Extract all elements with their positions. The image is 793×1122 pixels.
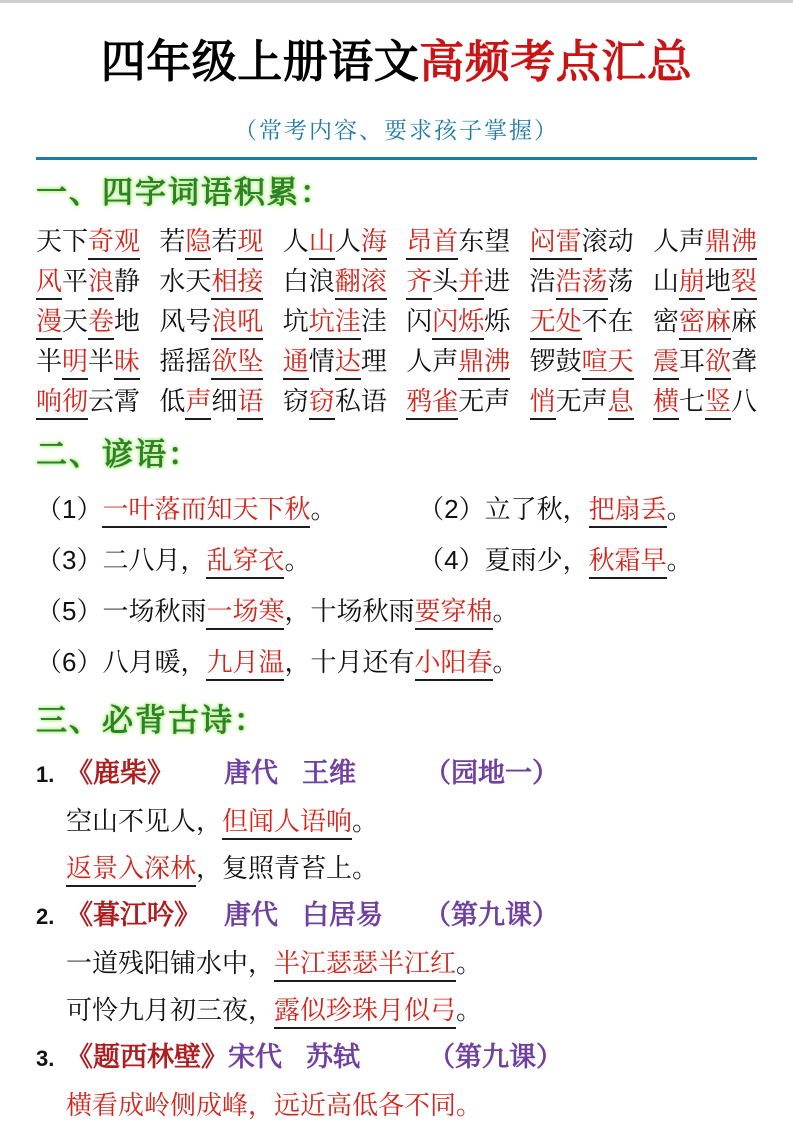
poem-title: 《鹿柴》 xyxy=(66,750,224,796)
word-item: 天下奇观 xyxy=(36,222,140,262)
word-item: 鸦雀无声 xyxy=(406,382,510,422)
poem-entry: 1.《鹿柴》唐代王维（园地一）空山不见人，但闻人语响。返景入深林，复照青苔上。 xyxy=(36,750,757,892)
poem-author: 王维 xyxy=(302,750,424,796)
plain-text: 人声 xyxy=(406,346,458,376)
plain-text: 一道残阳铺水中， xyxy=(66,948,274,978)
word-item: 若隐若现 xyxy=(159,222,263,262)
poem-line: 空山不见人，但闻人语响。 xyxy=(66,798,757,845)
answer-red-text: 海 xyxy=(361,227,387,260)
answer-red-text: 把扇丢 xyxy=(589,495,667,528)
word-item: 震耳欲聋 xyxy=(653,342,757,382)
word-item: 响彻云霄 xyxy=(36,382,140,422)
answer-red-text: 风 xyxy=(36,267,62,300)
answer-red-text: 裂 xyxy=(731,267,757,300)
plain-text: 。 xyxy=(284,545,310,575)
answer-red-text: 现 xyxy=(237,227,263,260)
answer-red-text: 息 xyxy=(608,387,634,420)
word-row: 天下奇观若隐若现人山人海昂首东望闷雷滚动人声鼎沸 xyxy=(36,222,757,262)
answer-red-text: 坑洼 xyxy=(309,307,361,340)
plain-text: 水天 xyxy=(159,266,211,296)
poem-dynasty: 唐代 xyxy=(224,892,302,938)
poem-entry: 2.《暮江吟》唐代白居易（第九课）一道残阳铺水中，半江瑟瑟半江红。可怜九月初三夜… xyxy=(36,892,757,1034)
answer-red-text: 浩荡 xyxy=(556,267,608,300)
section-heading-poems: 三、必背古诗： xyxy=(36,700,757,742)
answer-red-text: 无处 xyxy=(530,307,582,340)
poem-title: 《暮江吟》 xyxy=(66,892,224,938)
answer-red-text: 明 xyxy=(62,347,88,380)
poem-line: 返景入深林，复照青苔上。 xyxy=(66,845,757,892)
answer-red-text: 鸦雀 xyxy=(406,387,458,420)
plain-text: 人 xyxy=(283,226,309,256)
answer-red-text: 奇观 xyxy=(88,227,140,260)
word-grid: 天下奇观若隐若现人山人海昂首东望闷雷滚动人声鼎沸风平浪静水天相接白浪翻滚齐头并进… xyxy=(36,222,757,422)
plain-text: 窃 xyxy=(283,386,309,416)
answer-red-text: 竖 xyxy=(705,387,731,420)
answer-red-text: 语 xyxy=(237,387,263,420)
answer-red-text: 山 xyxy=(309,227,335,260)
plain-text: 空山不见人， xyxy=(66,806,222,836)
plain-text: 可怜九月初三夜， xyxy=(66,995,274,1025)
plain-text: 。 xyxy=(667,545,693,575)
answer-red-text: 通 xyxy=(283,347,309,380)
plain-text: 耳 xyxy=(679,346,705,376)
poem-author: 白居易 xyxy=(302,892,424,938)
word-item: 通情达理 xyxy=(283,342,387,382)
poem-dynasty: 宋代 xyxy=(228,1034,306,1080)
plain-text: 。 xyxy=(456,948,482,978)
plain-text: 浩 xyxy=(530,266,556,296)
plain-text: 闪 xyxy=(406,306,432,336)
plain-text: 细 xyxy=(211,386,237,416)
answer-red-text: 相接 xyxy=(211,267,263,300)
plain-text: 白浪 xyxy=(283,266,335,296)
plain-text: 锣鼓 xyxy=(530,346,582,376)
plain-text: 情 xyxy=(309,346,335,376)
answer-red-text: 喧天 xyxy=(582,347,634,380)
page-subtitle: （常考内容、要求孩子掌握） xyxy=(36,115,757,147)
answer-red-text: 闷雷 xyxy=(530,227,582,260)
word-item: 风平浪静 xyxy=(36,262,140,302)
plain-text: 摇摇 xyxy=(159,346,211,376)
poem-line: 一道残阳铺水中，半江瑟瑟半江红。 xyxy=(66,940,757,987)
word-item: 人声鼎沸 xyxy=(653,222,757,262)
poem-lesson: （第九课） xyxy=(428,1034,563,1080)
plain-text: 云霄 xyxy=(88,386,140,416)
plain-text: 半 xyxy=(36,346,62,376)
plain-text: （5）一场秋雨 xyxy=(36,596,206,626)
poem-line: 横看成岭侧成峰，远近高低各不同。 xyxy=(66,1082,757,1122)
plain-text: 。 xyxy=(493,647,519,677)
plain-text: （6）八月暖， xyxy=(36,647,206,677)
word-item: 山崩地裂 xyxy=(653,262,757,302)
plain-text: 。 xyxy=(493,596,519,626)
answer-red-text: 一场寒 xyxy=(206,597,284,630)
plain-text: 人声 xyxy=(653,226,705,256)
plain-text: 私语 xyxy=(335,386,387,416)
answer-red-text: 悄 xyxy=(530,387,556,420)
word-item: 齐头并进 xyxy=(406,262,510,302)
word-item: 密密麻麻 xyxy=(653,302,757,342)
word-item: 闪闪烁烁 xyxy=(406,302,510,342)
poem-author: 苏轼 xyxy=(306,1034,428,1080)
proverb-row: （6）八月暖，九月温，十月还有小阳春。 xyxy=(36,637,757,688)
poem-list: 1.《鹿柴》唐代王维（园地一）空山不见人，但闻人语响。返景入深林，复照青苔上。2… xyxy=(36,750,757,1122)
word-item: 人山人海 xyxy=(283,222,387,262)
word-item: 水天相接 xyxy=(159,262,263,302)
plain-text: 风号 xyxy=(159,306,211,336)
poem-number: 1. xyxy=(36,752,66,798)
proverb-item: （5）一场秋雨一场寒，十场秋雨要穿棉。 xyxy=(36,586,519,637)
proverb-row: （1）一叶落而知天下秋。（2）立了秋，把扇丢。 xyxy=(36,484,757,535)
plain-text: 无声 xyxy=(458,386,510,416)
answer-red-text: 横看成岭侧成峰，远近高低各不同。 xyxy=(66,1091,516,1122)
word-item: 悄无声息 xyxy=(530,382,634,422)
plain-text: 滚动 xyxy=(582,226,634,256)
answer-red-text: 九月温 xyxy=(206,648,284,681)
plain-text: 东望 xyxy=(458,226,510,256)
worksheet-page: 四年级上册语文高频考点汇总 （常考内容、要求孩子掌握） 一、四字词语积累： 天下… xyxy=(0,0,793,1122)
plain-text: 麻 xyxy=(731,306,757,336)
plain-text: 密 xyxy=(653,306,679,336)
proverb-item: （3）二八月，乱穿衣。 xyxy=(36,535,418,586)
poem-title: 《题西林壁》 xyxy=(66,1034,228,1080)
answer-red-text: 达 xyxy=(335,347,361,380)
answer-red-text: 漫 xyxy=(36,307,62,340)
answer-red-text: 鼎沸 xyxy=(458,347,510,380)
word-item: 人声鼎沸 xyxy=(406,342,510,382)
poem-lesson: （园地一） xyxy=(424,750,559,796)
section-heading-proverbs: 二、谚语： xyxy=(36,434,757,476)
plain-text: 八 xyxy=(731,386,757,416)
plain-text: 平 xyxy=(62,266,88,296)
answer-red-text: 崩 xyxy=(679,267,705,300)
answer-red-text: 小阳春 xyxy=(415,648,493,681)
word-row: 风平浪静水天相接白浪翻滚齐头并进浩浩荡荡山崩地裂 xyxy=(36,262,757,302)
answer-red-text: 返景入深林 xyxy=(66,854,196,887)
answer-red-text: 乱穿衣 xyxy=(206,546,284,579)
proverb-item: （4）夏雨少，秋霜早。 xyxy=(418,535,693,586)
proverb-item: （1）一叶落而知天下秋。 xyxy=(36,484,418,535)
plain-text: （2）立了秋， xyxy=(418,494,588,524)
poem-dynasty: 唐代 xyxy=(224,750,302,796)
answer-red-text: 翻滚 xyxy=(335,267,387,300)
poem-line: 可怜九月初三夜，露似珍珠月似弓。 xyxy=(66,987,757,1034)
plain-text: （3）二八月， xyxy=(36,545,206,575)
plain-text: 理 xyxy=(361,346,387,376)
answer-red-text: 欲坠 xyxy=(211,347,263,380)
proverb-row: （3）二八月，乱穿衣。（4）夏雨少，秋霜早。 xyxy=(36,535,757,586)
plain-text: 。 xyxy=(310,494,336,524)
proverb-item: （2）立了秋，把扇丢。 xyxy=(418,484,693,535)
word-item: 闷雷滚动 xyxy=(530,222,634,262)
plain-text: 若 xyxy=(159,226,185,256)
answer-red-text: 浪吼 xyxy=(211,307,263,340)
word-item: 横七竖八 xyxy=(653,382,757,422)
poem-lesson: （第九课） xyxy=(424,892,559,938)
plain-text: 静 xyxy=(114,266,140,296)
answer-red-text: 昂首 xyxy=(406,227,458,260)
plain-text: 头 xyxy=(432,266,458,296)
word-row: 漫天卷地风号浪吼坑坑洼洼闪闪烁烁无处不在密密麻麻 xyxy=(36,302,757,342)
word-item: 漫天卷地 xyxy=(36,302,140,342)
plain-text: 聋 xyxy=(731,346,757,376)
word-item: 半明半昧 xyxy=(36,342,140,382)
plain-text: 半 xyxy=(88,346,114,376)
poem-header: 3.《题西林壁》宋代苏轼（第九课） xyxy=(36,1034,757,1082)
plain-text: ，十月还有 xyxy=(284,647,414,677)
word-item: 窃窃私语 xyxy=(283,382,387,422)
word-item: 坑坑洼洼 xyxy=(283,302,387,342)
answer-red-text: 昧 xyxy=(114,347,140,380)
poem-entry: 3.《题西林壁》宋代苏轼（第九课）横看成岭侧成峰，远近高低各不同。 xyxy=(36,1034,757,1122)
answer-red-text: 一叶落而知天下秋 xyxy=(102,495,310,528)
plain-text: 天下 xyxy=(36,226,88,256)
plain-text: 七 xyxy=(679,386,705,416)
plain-text: 天 xyxy=(62,306,88,336)
answer-red-text: 欲 xyxy=(705,347,731,380)
plain-text: 山 xyxy=(653,266,679,296)
answer-red-text: 浪 xyxy=(88,267,114,300)
word-row: 响彻云霄低声细语窃窃私语鸦雀无声悄无声息横七竖八 xyxy=(36,382,757,422)
plain-text: 若 xyxy=(211,226,237,256)
plain-text: 。 xyxy=(456,995,482,1025)
page-title-red: 高频考点汇总 xyxy=(419,36,692,87)
answer-red-text: 并 xyxy=(458,267,484,300)
page-title-black: 四年级上册语文 xyxy=(101,36,420,87)
answer-red-text: 鼎沸 xyxy=(705,227,757,260)
proverb-item: （6）八月暖，九月温，十月还有小阳春。 xyxy=(36,637,519,688)
answer-red-text: 要穿棉 xyxy=(415,597,493,630)
word-item: 昂首东望 xyxy=(406,222,510,262)
proverb-row: （5）一场秋雨一场寒，十场秋雨要穿棉。 xyxy=(36,586,757,637)
answer-red-text: 半江瑟瑟半江红 xyxy=(274,949,456,982)
answer-red-text: 声 xyxy=(185,387,211,420)
plain-text: 低 xyxy=(159,386,185,416)
plain-text: （1） xyxy=(36,494,102,524)
plain-text: 人 xyxy=(335,226,361,256)
answer-red-text: 露似珍珠月似弓 xyxy=(274,996,456,1029)
plain-text: 无声 xyxy=(556,386,608,416)
answer-red-text: 隐 xyxy=(185,227,211,260)
word-item: 白浪翻滚 xyxy=(283,262,387,302)
plain-text: ，十场秋雨 xyxy=(284,596,414,626)
proverb-list: （1）一叶落而知天下秋。（2）立了秋，把扇丢。（3）二八月，乱穿衣。（4）夏雨少… xyxy=(36,484,757,688)
poem-number: 3. xyxy=(36,1036,66,1082)
plain-text: 地 xyxy=(114,306,140,336)
answer-red-text: 但闻人语响 xyxy=(222,807,352,840)
answer-red-text: 震 xyxy=(653,347,679,380)
page-title: 四年级上册语文高频考点汇总 xyxy=(36,31,757,93)
poem-header: 1.《鹿柴》唐代王维（园地一） xyxy=(36,750,757,798)
word-item: 低声细语 xyxy=(159,382,263,422)
plain-text: ，复照青苔上。 xyxy=(196,853,378,883)
answer-red-text: 密麻 xyxy=(679,307,731,340)
word-item: 锣鼓喧天 xyxy=(530,342,634,382)
plain-text: 洼 xyxy=(361,306,387,336)
word-item: 风号浪吼 xyxy=(159,302,263,342)
plain-text: 坑 xyxy=(283,306,309,336)
plain-text: 地 xyxy=(705,266,731,296)
plain-text: 。 xyxy=(667,494,693,524)
answer-red-text: 窃 xyxy=(309,387,335,420)
poem-number: 2. xyxy=(36,894,66,940)
poem-header: 2.《暮江吟》唐代白居易（第九课） xyxy=(36,892,757,940)
answer-red-text: 齐 xyxy=(406,267,432,300)
word-item: 浩浩荡荡 xyxy=(530,262,634,302)
plain-text: 进 xyxy=(484,266,510,296)
answer-red-text: 闪烁 xyxy=(432,307,484,340)
section-heading-words: 一、四字词语积累： xyxy=(36,172,757,214)
plain-text: 荡 xyxy=(608,266,634,296)
answer-red-text: 响彻 xyxy=(36,387,88,420)
word-row: 半明半昧摇摇欲坠通情达理人声鼎沸锣鼓喧天震耳欲聋 xyxy=(36,342,757,382)
word-item: 摇摇欲坠 xyxy=(159,342,263,382)
answer-red-text: 卷 xyxy=(88,307,114,340)
divider-line xyxy=(36,157,757,160)
answer-red-text: 秋霜早 xyxy=(589,546,667,579)
plain-text: 。 xyxy=(352,806,378,836)
plain-text: 烁 xyxy=(484,306,510,336)
plain-text: （4）夏雨少， xyxy=(418,545,588,575)
word-item: 无处不在 xyxy=(530,302,634,342)
answer-red-text: 横 xyxy=(653,387,679,420)
plain-text: 不在 xyxy=(582,306,634,336)
